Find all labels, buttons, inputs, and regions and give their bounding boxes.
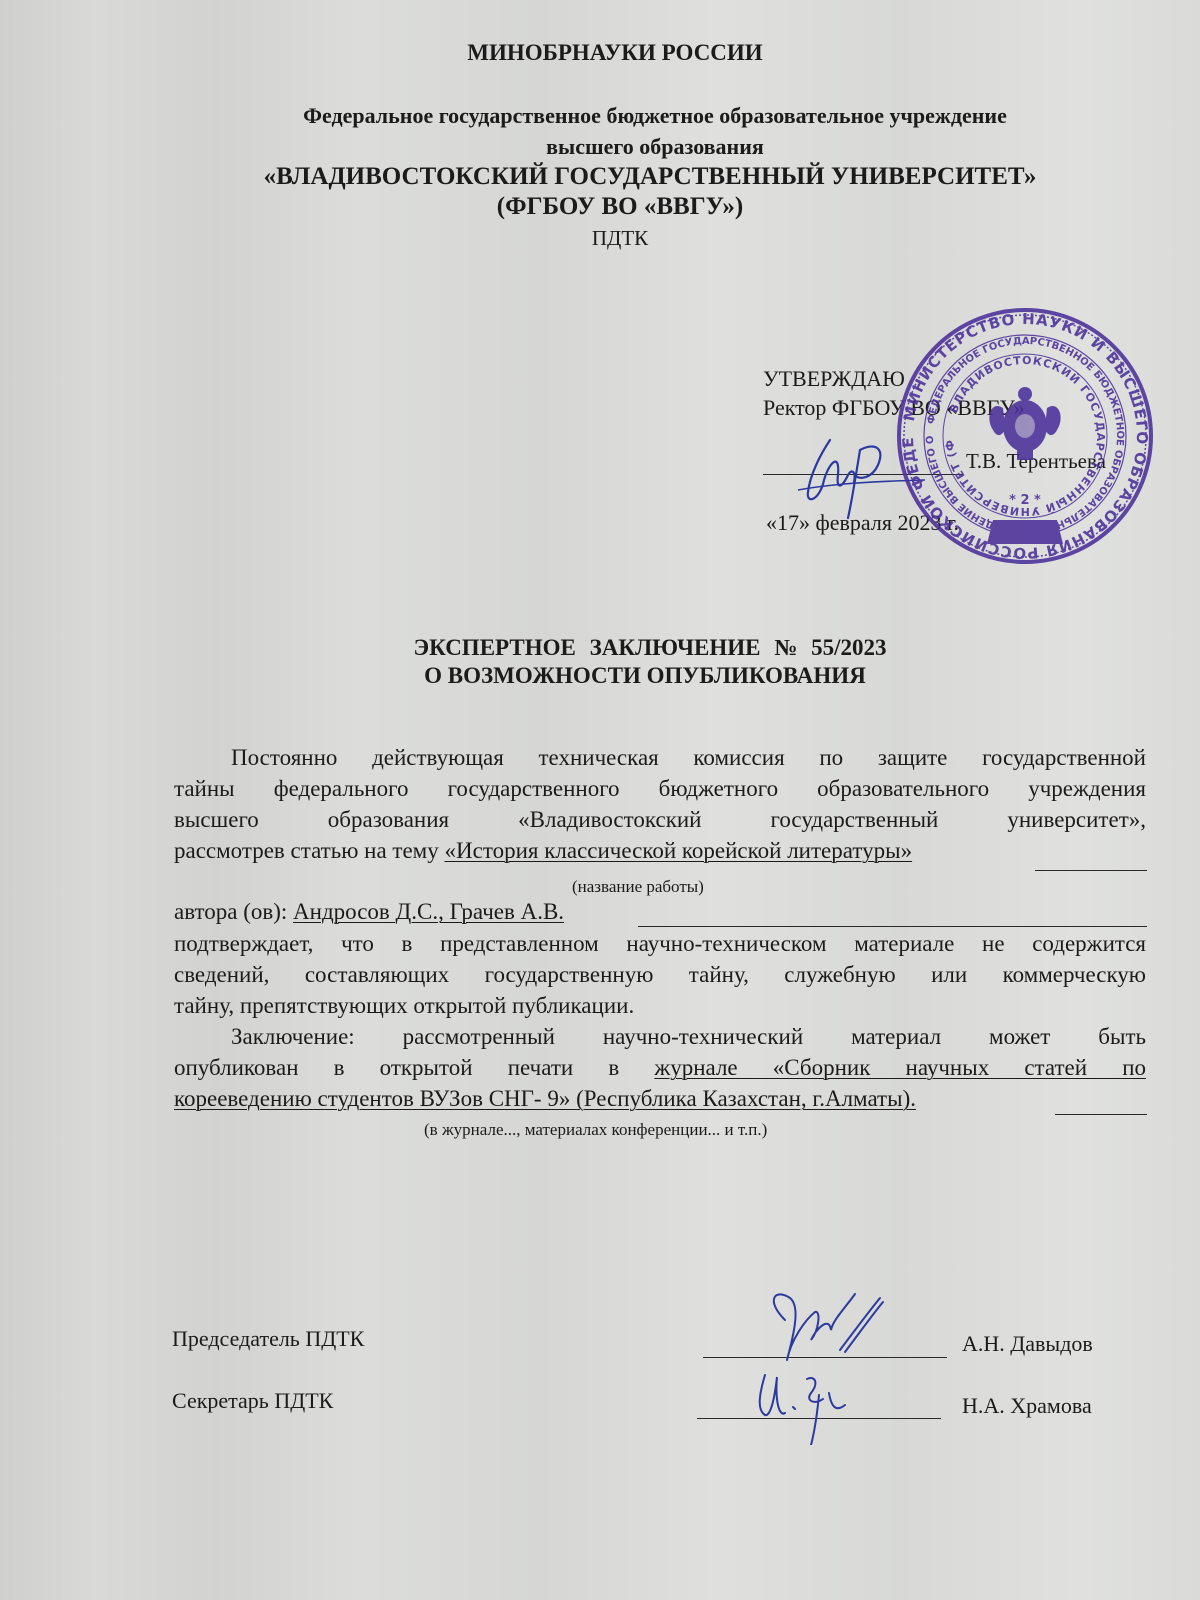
org-type-line1: Федеральное государственное бюджетное об… [55, 103, 1200, 129]
document-title: ЭКСПЕРТНОЕ ЗАКЛЮЧЕНИЕ № 55/2023 [50, 635, 1200, 661]
p1-line3: высшего образования «Владивостокский гос… [174, 804, 1146, 835]
org-type-line2: высшего образования [55, 134, 1200, 160]
work-title: «История классической корейской литерату… [445, 838, 913, 863]
official-stamp-icon: МИНИСТЕРСТВО НАУКИ И ВЫСШЕГО ОБРАЗОВАНИЯ… [893, 308, 1157, 564]
chairman-name: А.Н. Давыдов [962, 1331, 1093, 1357]
ministry-heading: МИНОБРНАУКИ РОССИИ [15, 40, 1200, 66]
p3-line3: корееведению студентов ВУЗов СНГ- 9» (Ре… [174, 1083, 1146, 1114]
secretary-role: Секретарь ПДТК [172, 1388, 333, 1414]
department: ПДТК [20, 226, 1200, 251]
p1-line2: тайны федерального государственного бюдж… [174, 773, 1146, 804]
venue-part2: корееведению студентов ВУЗов СНГ- 9» (Ре… [174, 1086, 916, 1111]
p2-line3: тайну, препятствующих открытой публикаци… [174, 990, 1146, 1021]
chairman-role: Председатель ПДТК [172, 1326, 364, 1352]
body-paragraph-2: подтверждает, что в представленном научн… [174, 928, 1146, 1114]
university-abbr: (ФГБОУ ВО «ВВГУ») [20, 193, 1200, 221]
body-paragraph-1: Постоянно действующая техническая комисс… [174, 742, 1146, 866]
approval-label: УТВЕРЖДАЮ [763, 366, 905, 392]
authors-prefix: автора (ов): [174, 899, 293, 924]
university-name: «ВЛАДИВОСТОКСКИЙ ГОСУДАРСТВЕННЫЙ УНИВЕРС… [50, 163, 1200, 191]
document-page: МИНОБРНАУКИ РОССИИ Федеральное государст… [0, 0, 1200, 1600]
p1-line4: рассмотрев статью на тему «История класс… [174, 835, 1146, 866]
secretary-signature-icon [745, 1365, 865, 1445]
document-subtitle: О ВОЗМОЖНОСТИ ОПУБЛИКОВАНИЯ [45, 663, 1200, 689]
venue-part1: журнале «Сборник научных статей по [654, 1055, 1146, 1080]
authors-line: автора (ов): Андросов Д.С., Грачев А.В. [174, 896, 1146, 927]
work-title-caption: (название работы) [572, 877, 704, 897]
work-title-underline-fill [1035, 870, 1147, 871]
p3-line1: Заключение: рассмотренный научно-техниче… [174, 1021, 1146, 1052]
venue-caption: (в журнале..., материалах конференции...… [424, 1120, 767, 1140]
authors-underline-fill [638, 926, 1147, 927]
authors-value: Андросов Д.С., Грачев А.В. [293, 899, 564, 924]
p2-line2: сведений, составляющих государственную т… [174, 959, 1146, 990]
p2-line1: подтверждает, что в представленном научн… [174, 928, 1146, 959]
secretary-name: Н.А. Храмова [962, 1393, 1092, 1419]
p1-line1: Постоянно действующая техническая комисс… [174, 742, 1146, 773]
p3-line2: опубликован в открытой печати в журнале … [174, 1052, 1146, 1083]
p1-line4-prefix: рассмотрев статью на тему [174, 838, 445, 863]
svg-text:* 2 *: * 2 * [1009, 493, 1041, 508]
chairman-signature-icon [745, 1290, 915, 1370]
p3-line2-prefix: опубликован в открытой печати в [174, 1055, 654, 1080]
venue-underline-fill [1055, 1114, 1147, 1115]
